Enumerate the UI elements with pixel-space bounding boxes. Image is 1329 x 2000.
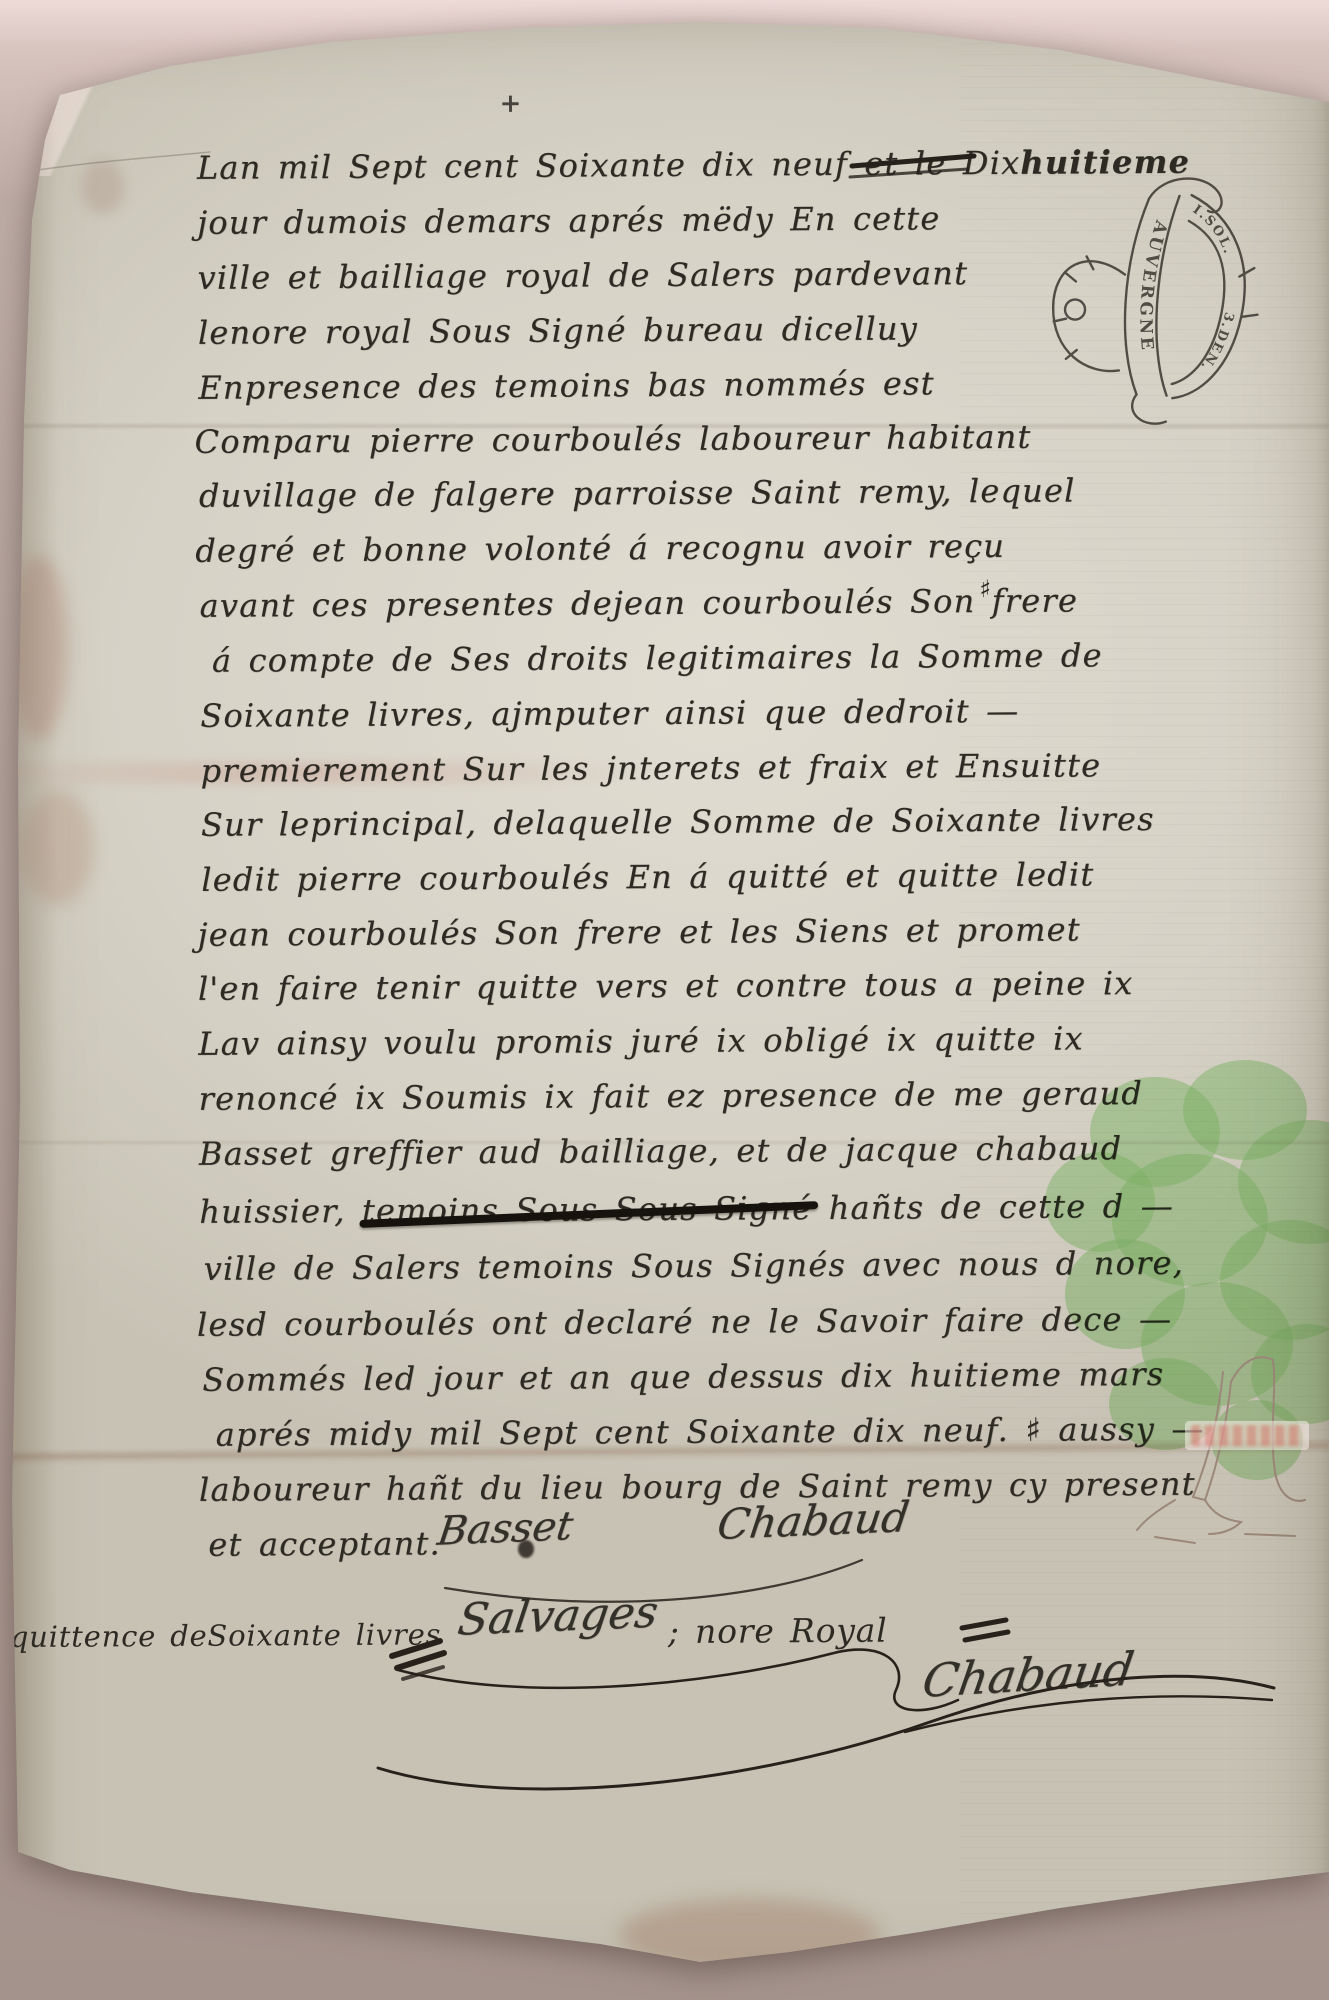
manuscript-paper: AUVERGNE I.SOL. 3.DEN. + Lan mil Sept ce…	[0, 0, 1329, 2000]
watermark-tree	[1005, 1042, 1329, 1562]
photo-of-manuscript: AUVERGNE I.SOL. 3.DEN. + Lan mil Sept ce…	[0, 0, 1329, 2000]
paper-wrap: AUVERGNE I.SOL. 3.DEN. + Lan mil Sept ce…	[0, 0, 1329, 2000]
ink-flourishes	[0, 0, 1329, 2000]
